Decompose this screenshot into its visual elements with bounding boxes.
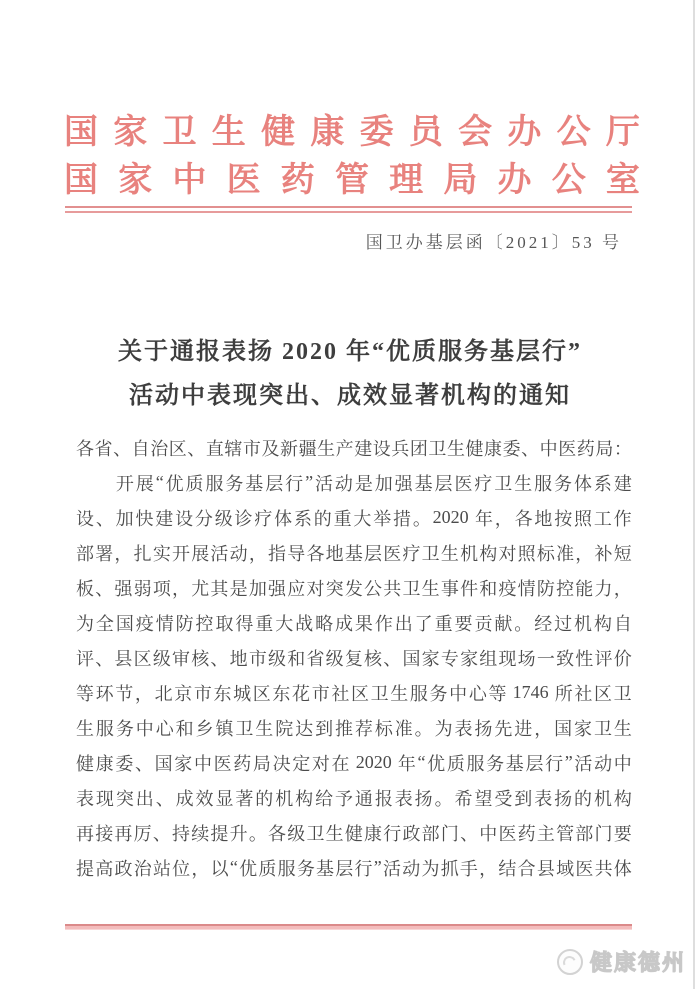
body-line: 部署，扎实开展活动，指导各地基层医疗卫生机构对照标准，补短 xyxy=(76,535,632,570)
body-line: 健康委、国家中医药局决定对在 2020 年“优质服务基层行”活动中 xyxy=(76,745,632,780)
body-line: 提高政治站位，以“优质服务基层行”活动为抓手，结合县域医共体 xyxy=(76,850,632,885)
notice-title: 关于通报表扬 2020 年“优质服务基层行” 活动中表现突出、成效显著机构的通知 xyxy=(0,330,700,418)
body-line: 为全国疫情防控取得重大战略成果作出了重要贡献。经过机构自 xyxy=(76,605,632,640)
body-line: 开展“优质服务基层行”活动是加强基层医疗卫生服务体系建 xyxy=(76,465,632,500)
body-line: 板、强弱项，尤其是加强应对突发公共卫生事件和疫情防控能力， xyxy=(76,570,632,605)
health-dezhou-logo-icon xyxy=(557,949,583,975)
body-line: 评、县区级审核、地市级和省级复核、国家专家组现场一致性评价 xyxy=(76,640,632,675)
publisher-watermark: 健康德州 xyxy=(557,946,686,977)
letterhead-org-line-2: 国家中医药管理局办公室 xyxy=(64,152,640,200)
notice-title-line-2: 活动中表现突出、成效显著机构的通知 xyxy=(0,374,700,418)
body-line: 再接再厉、持续提升。各级卫生健康行政部门、中医药主管部门要 xyxy=(76,815,632,850)
letterhead: 国家卫生健康委员会办公厅 国家中医药管理局办公室 xyxy=(64,104,640,200)
body-line: 各省、自治区、直辖市及新疆生产建设兵团卫生健康委、中医药局： xyxy=(76,430,632,465)
watermark-label: 健康德州 xyxy=(590,946,686,977)
body-line: 生服务中心和乡镇卫生院达到推荐标准。为表扬先进，国家卫生 xyxy=(76,710,632,745)
document-number: 国卫办基层函〔2021〕53 号 xyxy=(0,228,622,253)
letterhead-double-rule xyxy=(65,206,632,213)
scanned-document-page: 国家卫生健康委员会办公厅 国家中医药管理局办公室 国卫办基层函〔2021〕53 … xyxy=(0,0,700,989)
body-line: 设、加快建设分级诊疗体系的重大举措。2020 年，各地按照工作 xyxy=(76,500,632,535)
scan-page-edge xyxy=(693,0,695,989)
body-line: 等环节，北京市东城区东花市社区卫生服务中心等 1746 所社区卫 xyxy=(76,675,632,710)
footer-rule xyxy=(65,924,632,930)
body-line: 表现突出、成效显著的机构给予通报表扬。希望受到表扬的机构 xyxy=(76,780,632,815)
notice-title-line-1: 关于通报表扬 2020 年“优质服务基层行” xyxy=(0,330,700,374)
letterhead-org-line-1: 国家卫生健康委员会办公厅 xyxy=(64,104,640,152)
body-paragraph: 各省、自治区、直辖市及新疆生产建设兵团卫生健康委、中医药局： 开展“优质服务基层… xyxy=(76,430,632,885)
